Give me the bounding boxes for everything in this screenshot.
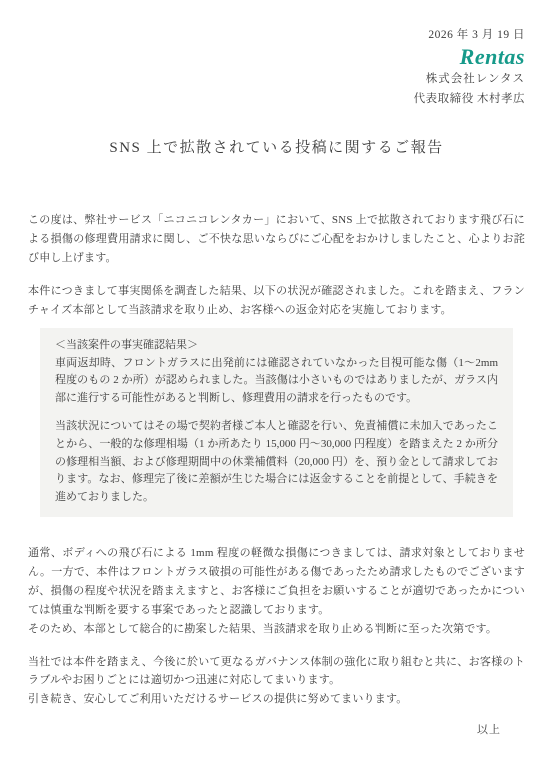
document-date: 2026 年 3 月 19 日: [28, 26, 525, 42]
letterhead: 2026 年 3 月 19 日 Rentas 株式会社レンタス 代表取締役 木村…: [28, 26, 525, 106]
representative-name: 代表取締役 木村孝広: [28, 90, 525, 106]
fact-finding-paragraph: 車両返却時、フロントガラスに出発前には確認されていなかった目視可能な傷（1～2m…: [55, 355, 498, 408]
company-logo: Rentas: [28, 45, 525, 69]
commitment-paragraph: 当社では本件を踏まえ、今後に於いて更なるガバナンス体制の強化に取り組むと共に、お…: [28, 653, 525, 691]
apology-paragraph: この度は、弊社サービス「ニコニコレンタカー」において、SNS 上で拡散されており…: [28, 211, 525, 268]
closing-marker: 以上: [28, 721, 525, 737]
investigation-paragraph: 本件につきまして事実関係を調査した結果、以下の状況が確認されました。これを踏まえ…: [28, 282, 525, 320]
decision-line: そのため、本部として総合的に勘案した結果、当該請求を取り止める判断に至った次第で…: [28, 620, 525, 639]
commitment-block: 当社では本件を踏まえ、今後に於いて更なるガバナンス体制の強化に取り組むと共に、お…: [28, 653, 525, 710]
assessment-paragraph: 通常、ボディへの飛び石による 1mm 程度の軽微な損傷につきましては、請求対象と…: [28, 544, 525, 620]
billing-details-paragraph: 当該状況についてはその場で契約者様ご本人と確認を行い、免責補償に未加入であったこ…: [55, 418, 498, 507]
fact-box-heading: ＜当該案件の事実確認結果＞: [55, 337, 498, 355]
document-page: 2026 年 3 月 19 日 Rentas 株式会社レンタス 代表取締役 木村…: [0, 0, 552, 783]
document-title: SNS 上で拡散されている投稿に関するご報告: [28, 136, 525, 157]
company-name: 株式会社レンタス: [28, 70, 525, 86]
fact-confirmation-box: ＜当該案件の事実確認結果＞ 車両返却時、フロントガラスに出発前には確認されていな…: [40, 328, 513, 517]
assessment-block: 通常、ボディへの飛び石による 1mm 程度の軽微な損傷につきましては、請求対象と…: [28, 544, 525, 639]
service-pledge-line: 引き続き、安心してご利用いただけるサービスの提供に努めてまいります。: [28, 690, 525, 709]
